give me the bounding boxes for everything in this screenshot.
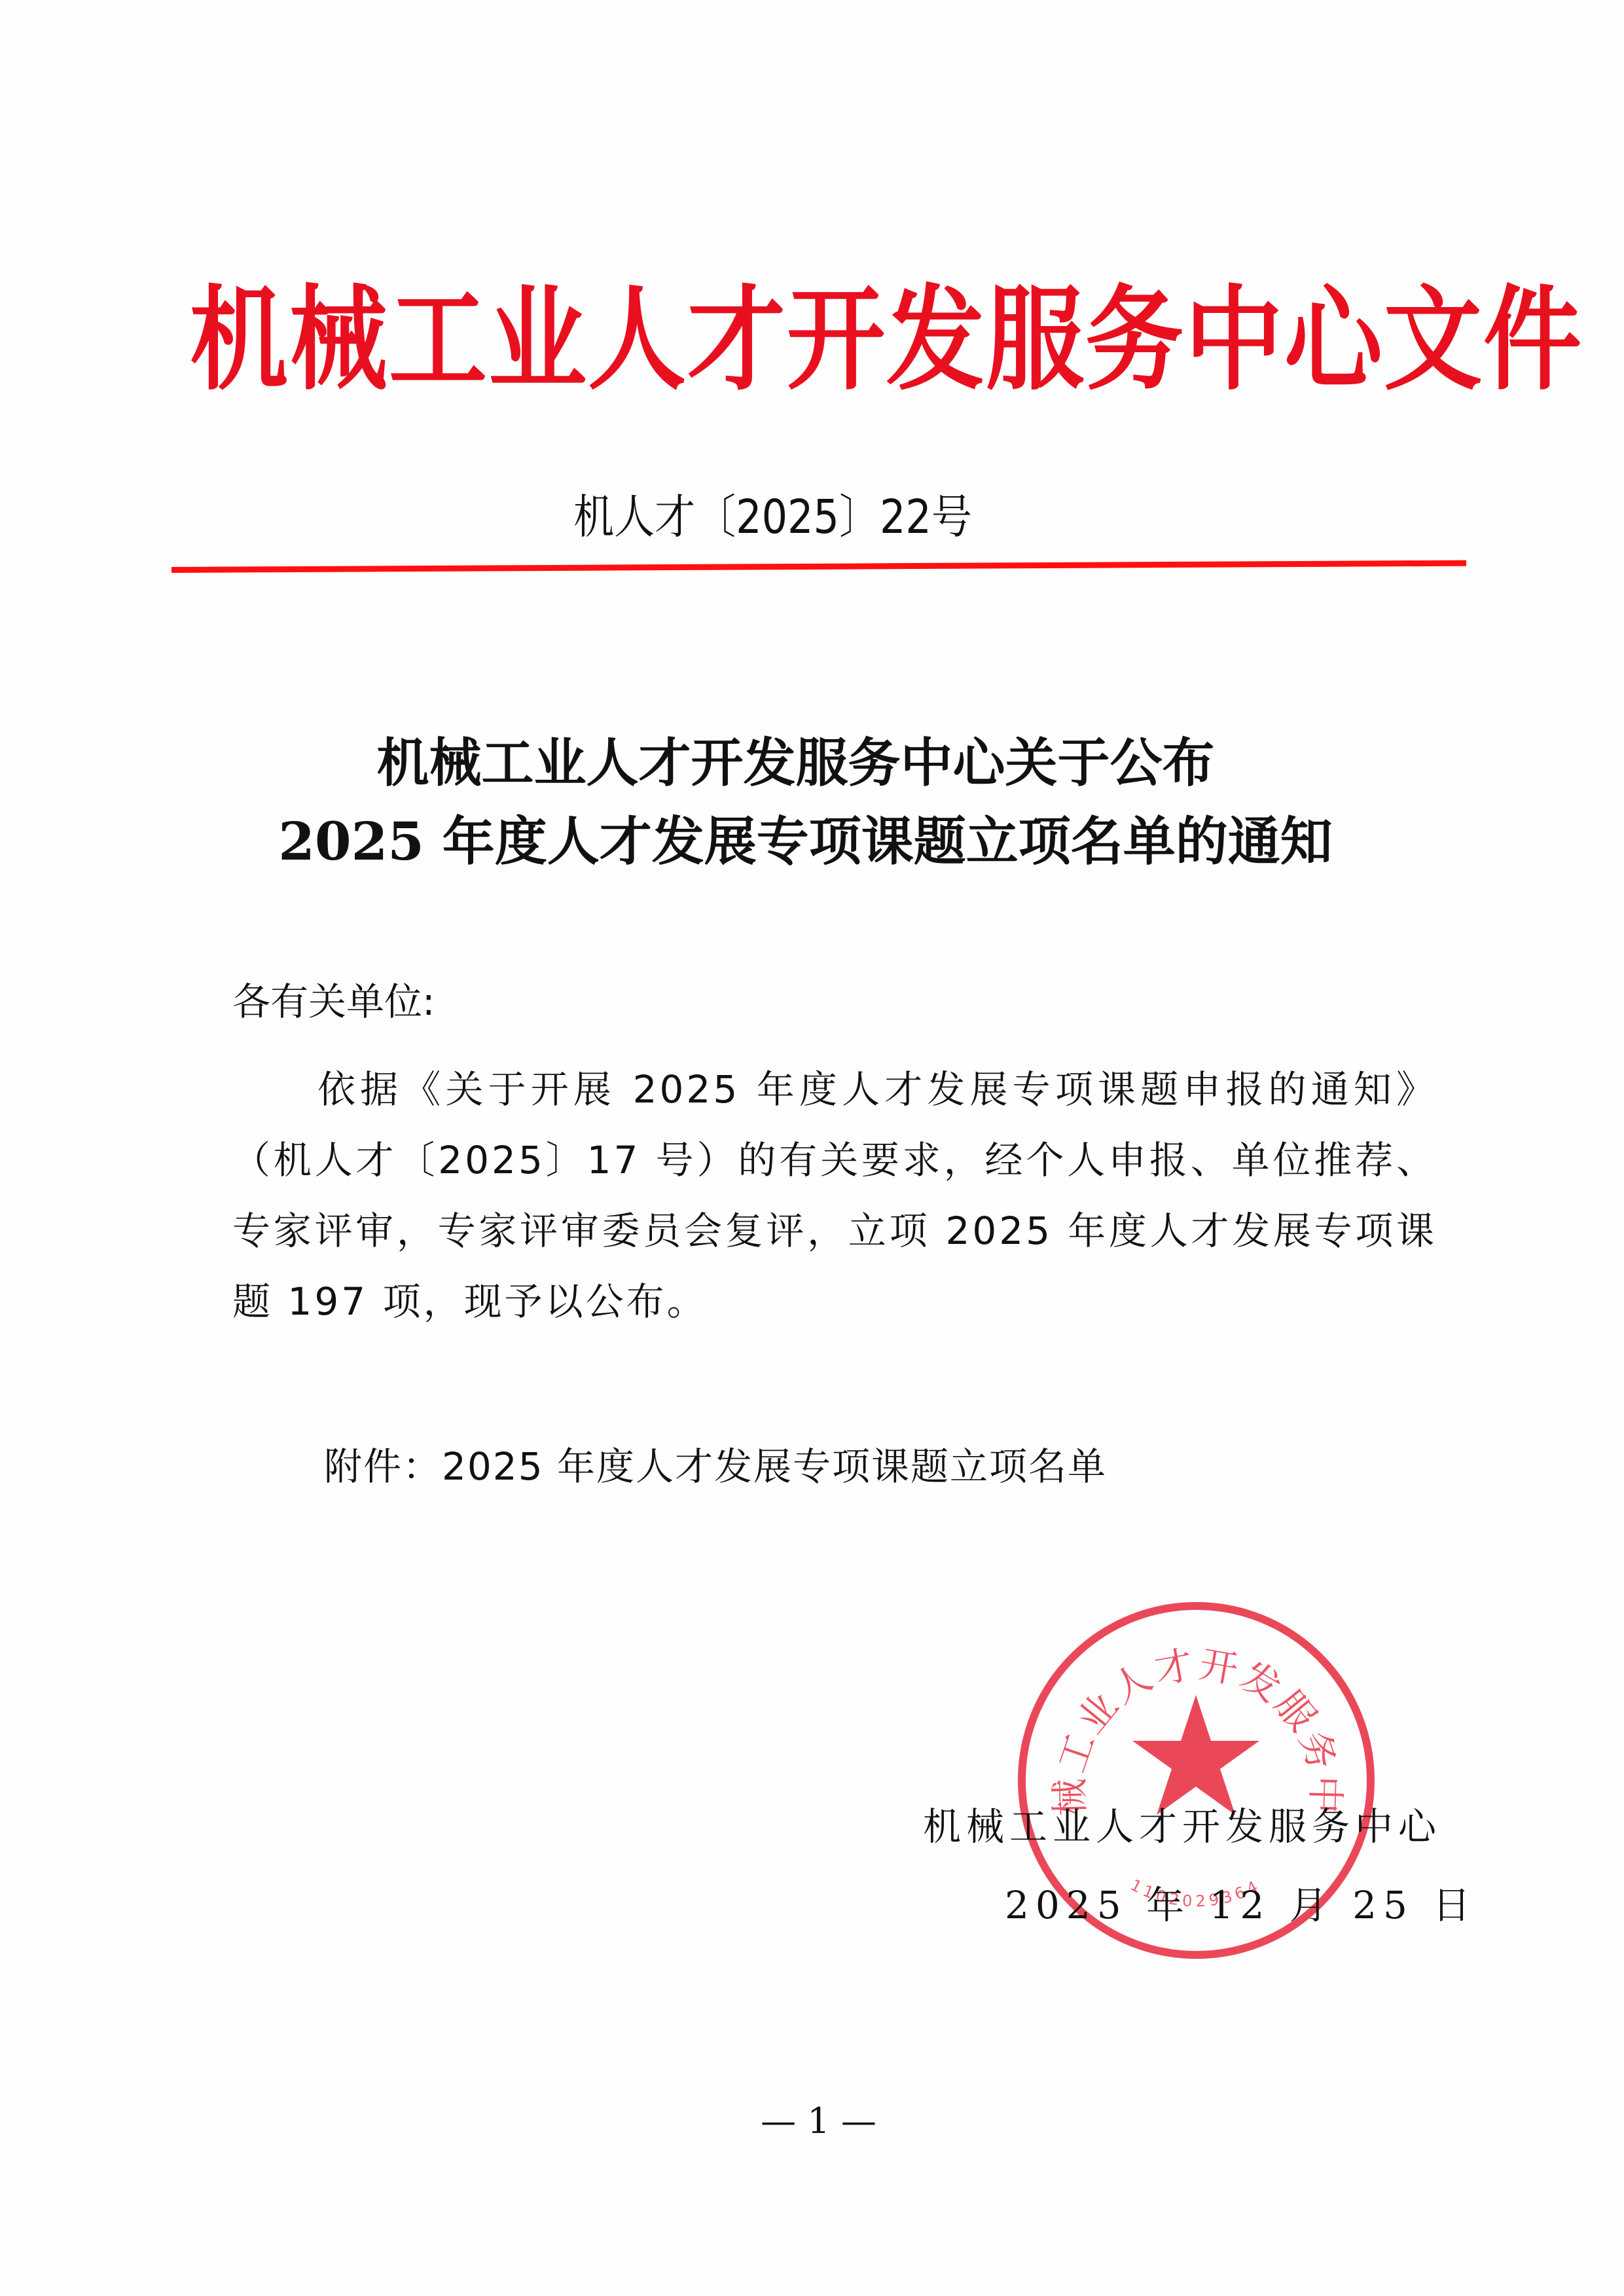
signature-organization: 机械工业人才开发服务中心 bbox=[923, 1797, 1447, 1856]
salutation: 各有关单位: bbox=[232, 975, 435, 1028]
issue-date: 2025 年 12 月 25 日 bbox=[1005, 1876, 1477, 1935]
title-line-1: 机械工业人才开发服务中心关于公布 bbox=[0, 723, 1624, 802]
title-line-2: 2025 年度人才发展专项课题立项名单的通知 bbox=[0, 802, 1624, 881]
body-paragraph: 依据《关于开展 2025 年度人才发展专项课题申报的通知》（机人才〔2025〕1… bbox=[232, 1054, 1437, 1337]
issuer-header: 机械工业人才开发服务中心文件 bbox=[190, 265, 1434, 416]
red-divider bbox=[171, 560, 1466, 573]
page-number: — 1 — bbox=[7, 2098, 1624, 2144]
document-page: 机械工业人才开发服务中心文件 机人才〔2025〕22号 机械工业人才开发服务中心… bbox=[0, 0, 1624, 2296]
document-title: 机械工业人才开发服务中心关于公布 2025 年度人才发展专项课题立项名单的通知 bbox=[0, 723, 1624, 881]
attachment-line: 附件：2025 年度人才发展专项课题立项名单 bbox=[324, 1437, 1107, 1496]
document-number: 机人才〔2025〕22号 bbox=[0, 483, 1585, 551]
